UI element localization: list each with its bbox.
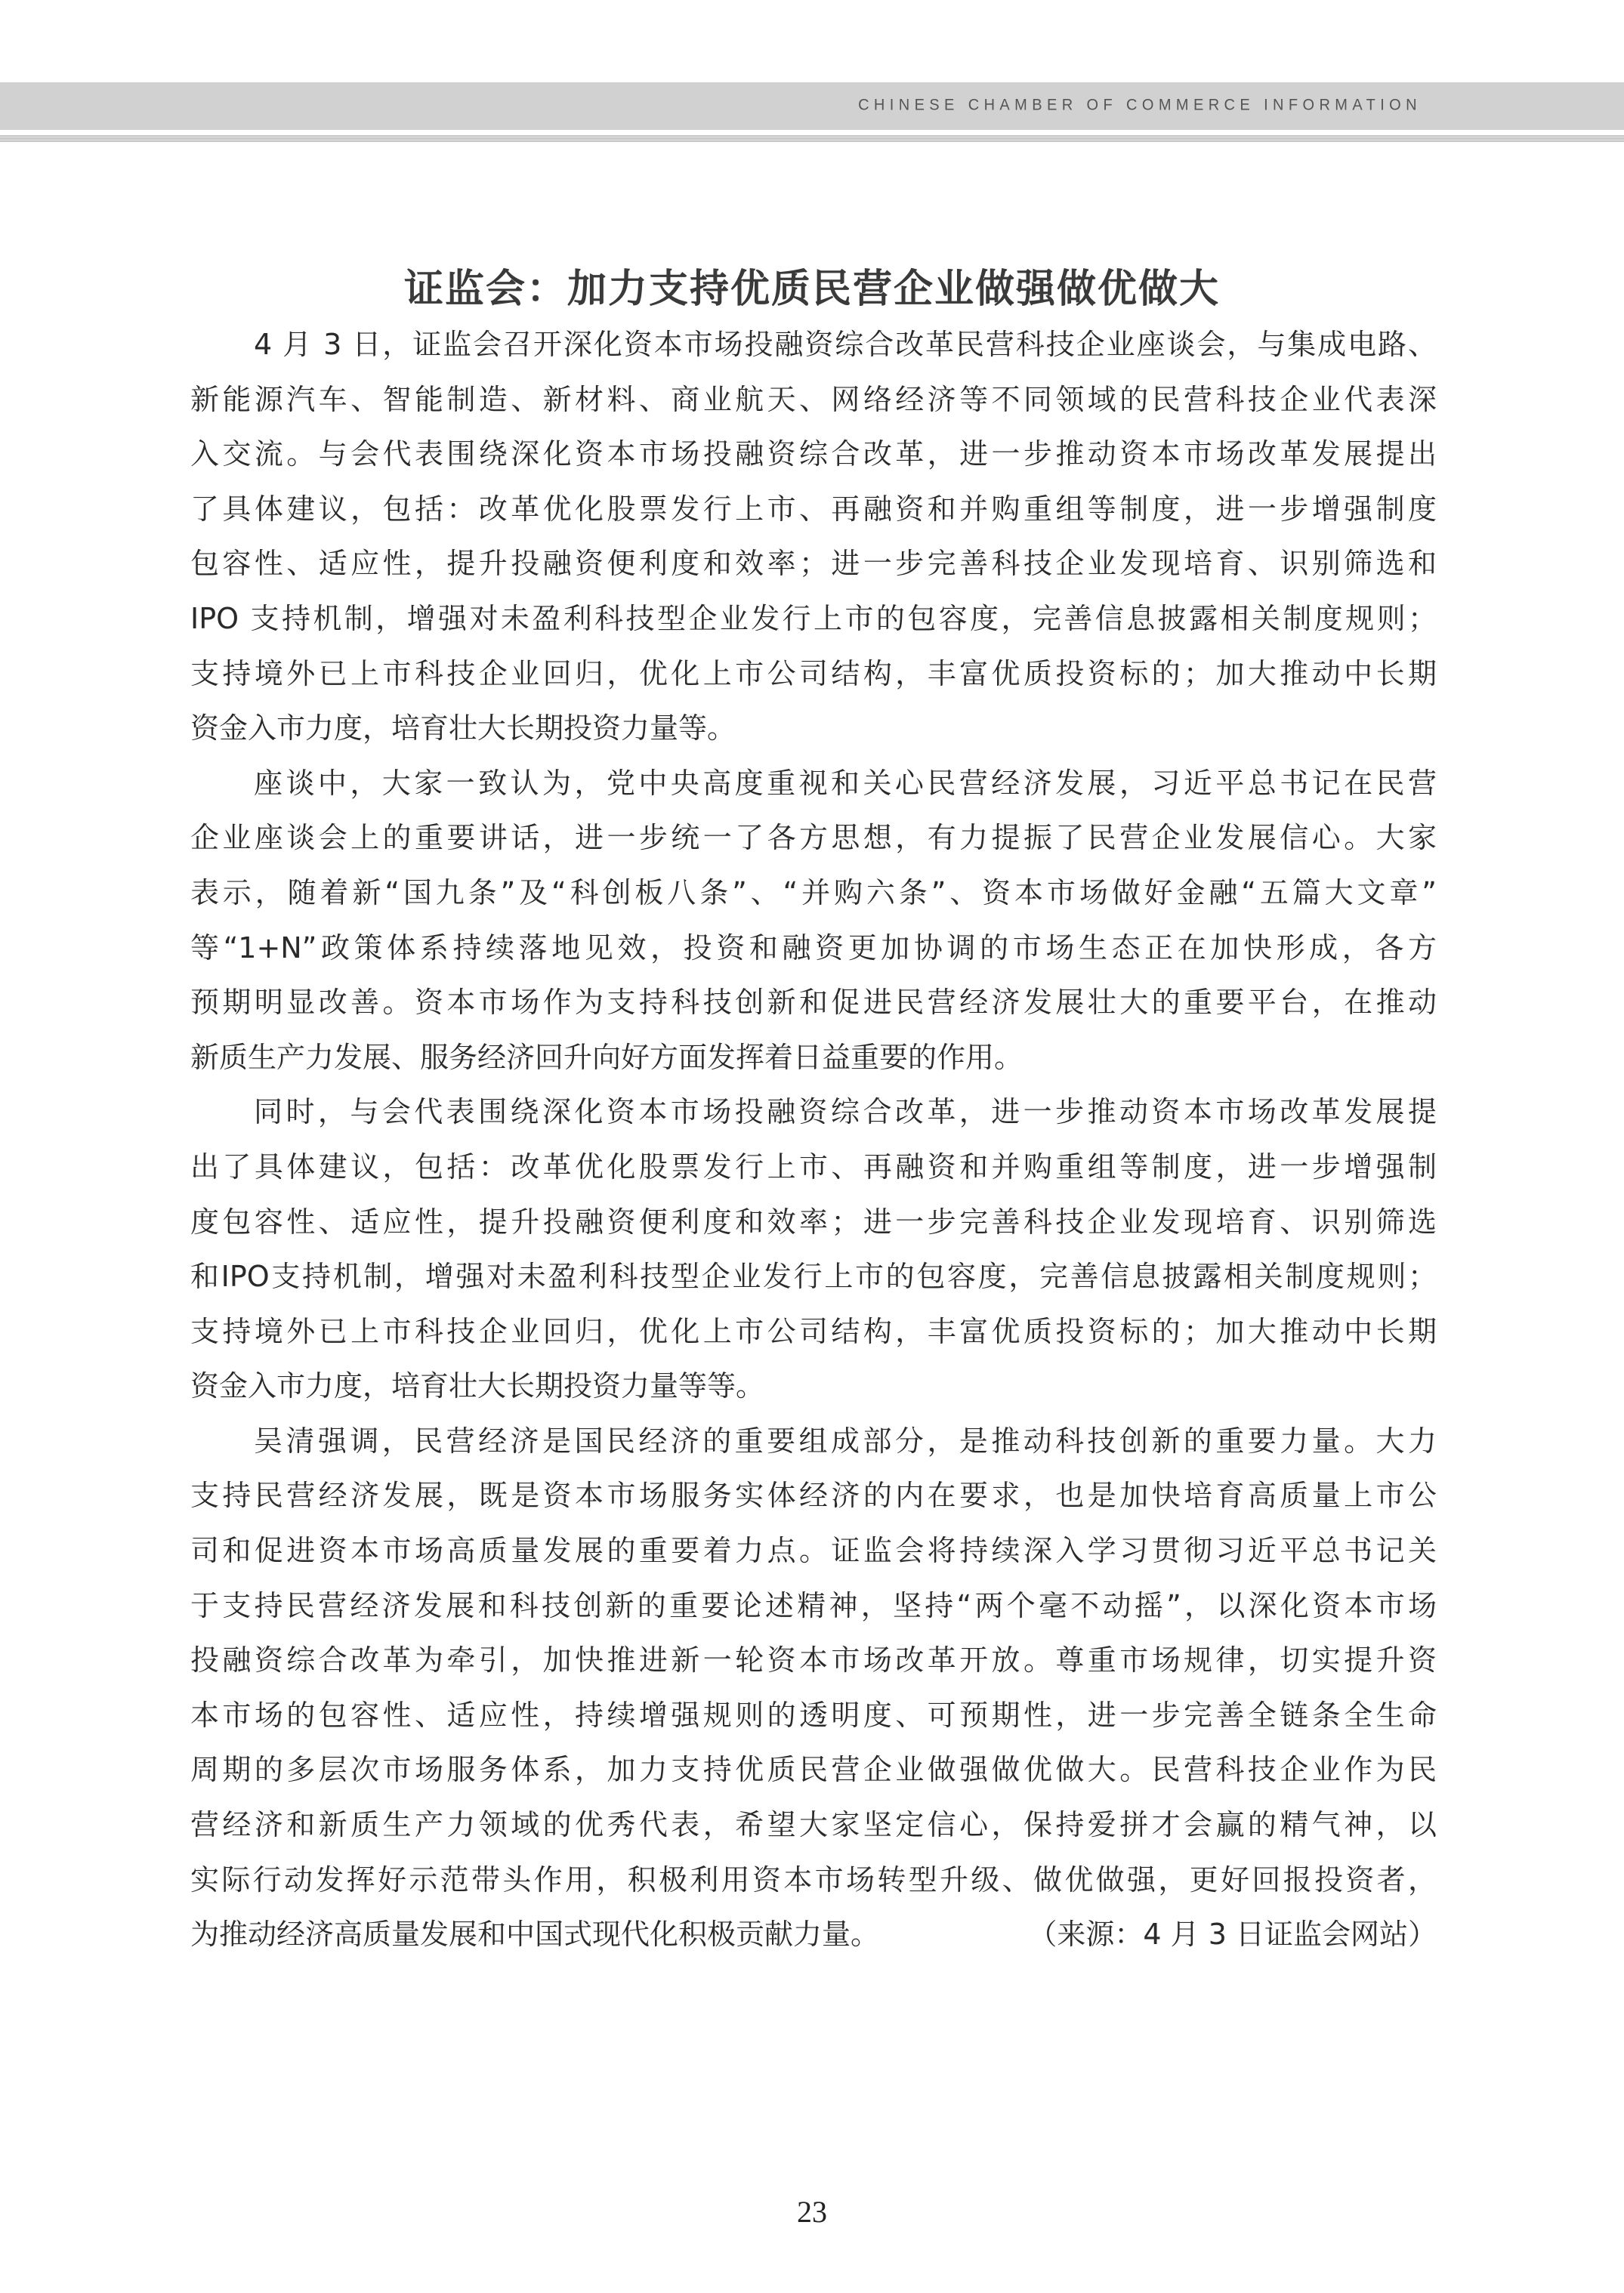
publication-name: CHINESE CHAMBER OF COMMERCE INFORMATION: [858, 96, 1422, 114]
text-line: 了具体建议，包括：改革优化股票发行上市、再融资和并购重组等制度，进一步增强制度: [190, 482, 1437, 537]
text-line: 营经济和新质生产力领域的优秀代表，希望大家坚定信心，保持爱拼才会赢的精气神，以: [190, 1798, 1437, 1853]
header-divider: [0, 135, 1624, 142]
text-line: 出了具体建议，包括：改革优化股票发行上市、再融资和并购重组等制度，进一步增强制: [190, 1140, 1437, 1195]
text-line: 支持境外已上市科技企业回归，优化上市公司结构，丰富优质投资标的；加大推动中长期: [190, 647, 1437, 702]
text-line: 资金入市力度，培育壮大长期投资力量等。: [190, 701, 1437, 756]
text-line: 吴清强调，民营经济是国民经济的重要组成部分，是推动科技创新的重要力量。大力: [190, 1414, 1437, 1469]
text-line: 企业座谈会上的重要讲话，进一步统一了各方思想，有力提振了民营企业发展信心。大家: [190, 810, 1437, 866]
paragraph-2: 座谈中，大家一致认为，党中央高度重视和关心民营经济发展，习近平总书记在民营 企业…: [190, 756, 1437, 1085]
text-line: 同时，与会代表围绕深化资本市场投融资综合改革，进一步推动资本市场改革发展提: [190, 1085, 1437, 1140]
text-line: 资金入市力度，培育壮大长期投资力量等等。: [190, 1359, 1437, 1414]
text-line: 表示，随着新“国九条”及“科创板八条”、“并购六条”、资本市场做好金融“五篇大文…: [190, 866, 1437, 921]
text-line: 投融资综合改革为牵引，加快推进新一轮资本市场改革开放。尊重市场规律，切实提升资: [190, 1633, 1437, 1688]
text-line: 4 月 3 日，证监会召开深化资本市场投融资综合改革民营科技企业座谈会，与集成电…: [190, 317, 1437, 372]
text-line: 预期明显改善。资本市场作为支持科技创新和促进民营经济发展壮大的重要平台，在推动: [190, 975, 1437, 1030]
text-line: 支持民营经济发展，既是资本市场服务实体经济的内在要求，也是加快培育高质量上市公: [190, 1468, 1437, 1523]
paragraph-3: 同时，与会代表围绕深化资本市场投融资综合改革，进一步推动资本市场改革发展提 出了…: [190, 1085, 1437, 1414]
article-body: 4 月 3 日，证监会召开深化资本市场投融资综合改革民营科技企业座谈会，与集成电…: [190, 317, 1437, 1962]
page-number: 23: [0, 2194, 1624, 2230]
text-line: 包容性、适应性，提升投融资便利度和效率；进一步完善科技企业发现培育、识别筛选和: [190, 536, 1437, 591]
text-line: 司和促进资本市场高质量发展的重要着力点。证监会将持续深入学习贯彻习近平总书记关: [190, 1523, 1437, 1579]
text-line: 座谈中，大家一致认为，党中央高度重视和关心民营经济发展，习近平总书记在民营: [190, 756, 1437, 811]
text-line: 等“1+N”政策体系持续落地见效，投资和融资更加协调的市场生态正在加快形成，各方: [190, 921, 1437, 976]
text-line: 实际行动发挥好示范带头作用，积极利用资本市场转型升级、做优做强，更好回报投资者，: [190, 1853, 1437, 1908]
text-line: 为推动经济高质量发展和中国式现代化积极贡献力量。 （来源：4 月 3 日证监会网…: [190, 1907, 1437, 1962]
text-line: IPO 支持机制，增强对未盈利科技型企业发行上市的包容度，完善信息披露相关制度规…: [190, 591, 1437, 647]
text-line: 和IPO支持机制，增强对未盈利科技型企业发行上市的包容度，完善信息披露相关制度规…: [190, 1249, 1437, 1304]
text-line: 度包容性、适应性，提升投融资便利度和效率；进一步完善科技企业发现培育、识别筛选: [190, 1195, 1437, 1250]
text-line: 新能源汽车、智能制造、新材料、商业航天、网络经济等不同领域的民营科技企业代表深: [190, 372, 1437, 427]
article-source: （来源：4 月 3 日证监会网站）: [1028, 1907, 1437, 1962]
paragraph-1: 4 月 3 日，证监会召开深化资本市场投融资综合改革民营科技企业座谈会，与集成电…: [190, 317, 1437, 756]
text-line: 本市场的包容性、适应性，持续增强规则的透明度、可预期性，进一步完善全链条全生命: [190, 1688, 1437, 1743]
article-title: 证监会：加力支持优质民营企业做强做优做大: [0, 257, 1624, 313]
text-line: 新质生产力发展、服务经济回升向好方面发挥着日益重要的作用。: [190, 1030, 1437, 1085]
text-line: 支持境外已上市科技企业回归，优化上市公司结构，丰富优质投资标的；加大推动中长期: [190, 1304, 1437, 1359]
text-line: 于支持民营经济发展和科技创新的重要论述精神，坚持“两个毫不动摇”，以深化资本市场: [190, 1579, 1437, 1634]
paragraph-4: 吴清强调，民营经济是国民经济的重要组成部分，是推动科技创新的重要力量。大力 支持…: [190, 1414, 1437, 1962]
text-line: 周期的多层次市场服务体系，加力支持优质民营企业做强做优做大。民营科技企业作为民: [190, 1742, 1437, 1798]
text-line: 入交流。与会代表围绕深化资本市场投融资综合改革，进一步推动资本市场改革发展提出: [190, 427, 1437, 482]
